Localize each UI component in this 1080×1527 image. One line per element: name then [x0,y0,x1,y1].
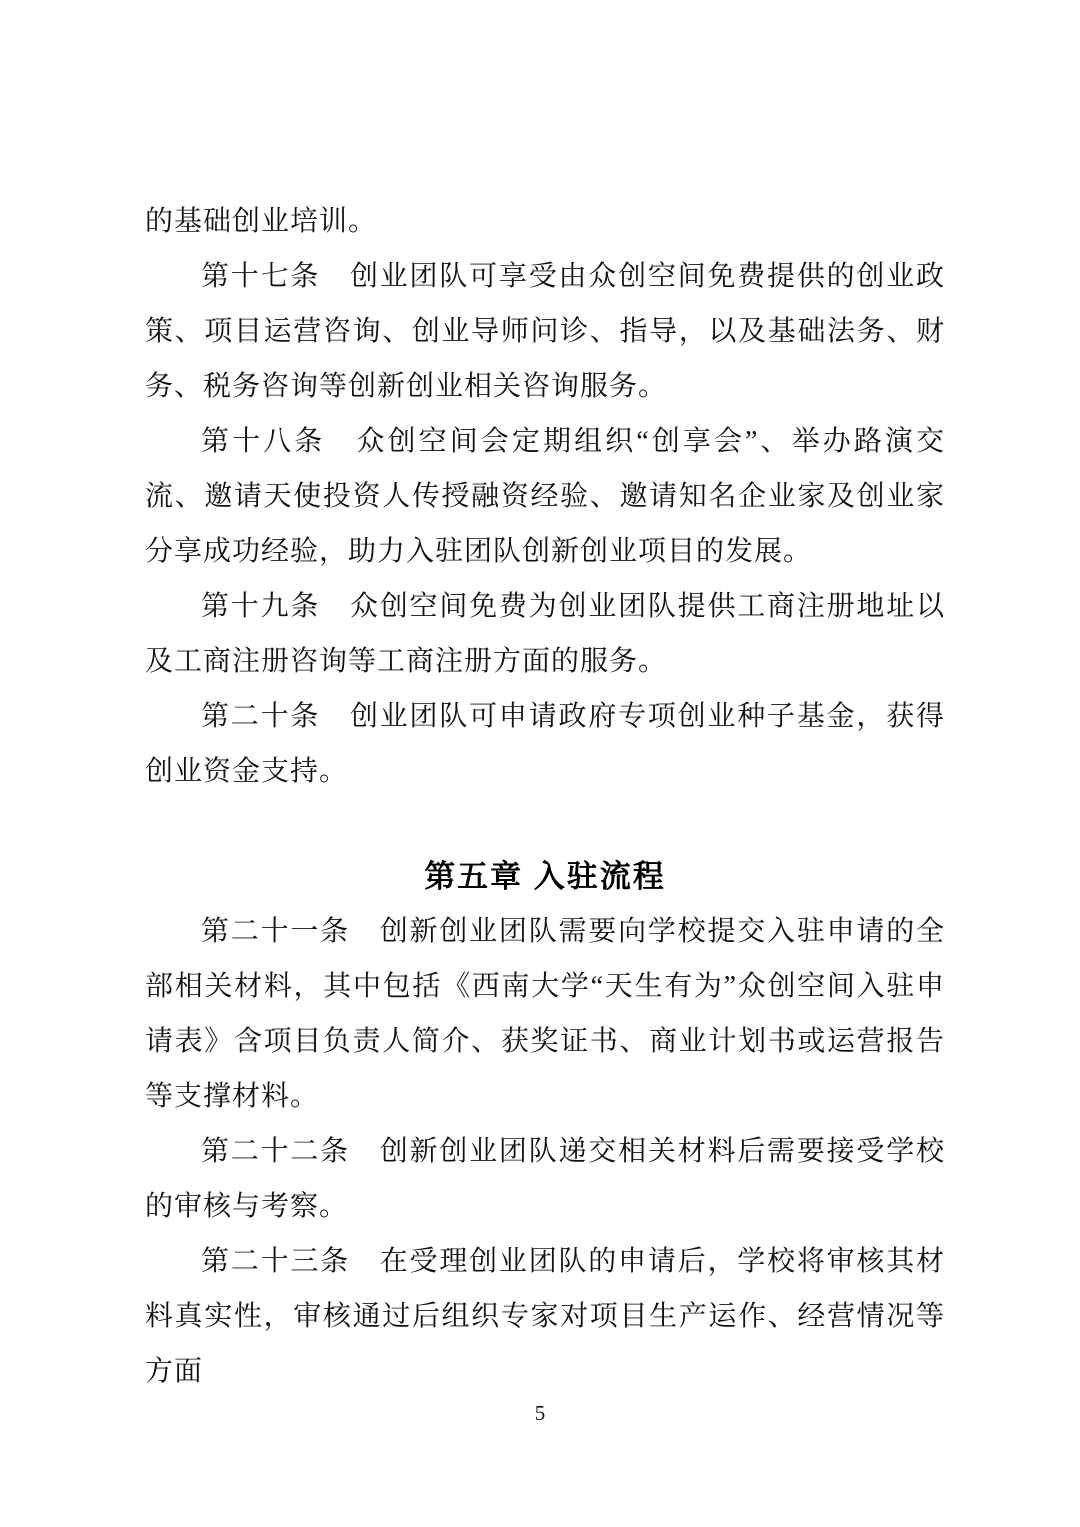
page-footer: 5 [0,1398,1080,1428]
chapter-heading: 第五章 入驻流程 [145,849,945,904]
page-number: 5 [535,1401,546,1425]
paragraph-article-23: 第二十三条 在受理创业团队的申请后，学校将审核其材料真实性，审核通过后组织专家对… [145,1234,945,1399]
paragraph-article-17: 第十七条 创业团队可享受由众创空间免费提供的创业政策、项目运营咨询、创业导师问诊… [145,249,945,414]
paragraph-article-18: 第十八条 众创空间会定期组织“创享会”、举办路演交流、邀请天使投资人传授融资经验… [145,414,945,579]
paragraph-continuation: 的基础创业培训。 [145,194,945,249]
paragraph-article-19: 第十九条 众创空间免费为创业团队提供工商注册地址以及工商注册咨询等工商注册方面的… [145,579,945,689]
paragraph-article-20: 第二十条 创业团队可申请政府专项创业种子基金，获得创业资金支持。 [145,689,945,799]
page-body: 的基础创业培训。 第十七条 创业团队可享受由众创空间免费提供的创业政策、项目运营… [145,194,945,1399]
document-page: 的基础创业培训。 第十七条 创业团队可享受由众创空间免费提供的创业政策、项目运营… [0,0,1080,1527]
paragraph-article-22: 第二十二条 创新创业团队递交相关材料后需要接受学校的审核与考察。 [145,1124,945,1234]
paragraph-article-21: 第二十一条 创新创业团队需要向学校提交入驻申请的全部相关材料，其中包括《西南大学… [145,904,945,1124]
